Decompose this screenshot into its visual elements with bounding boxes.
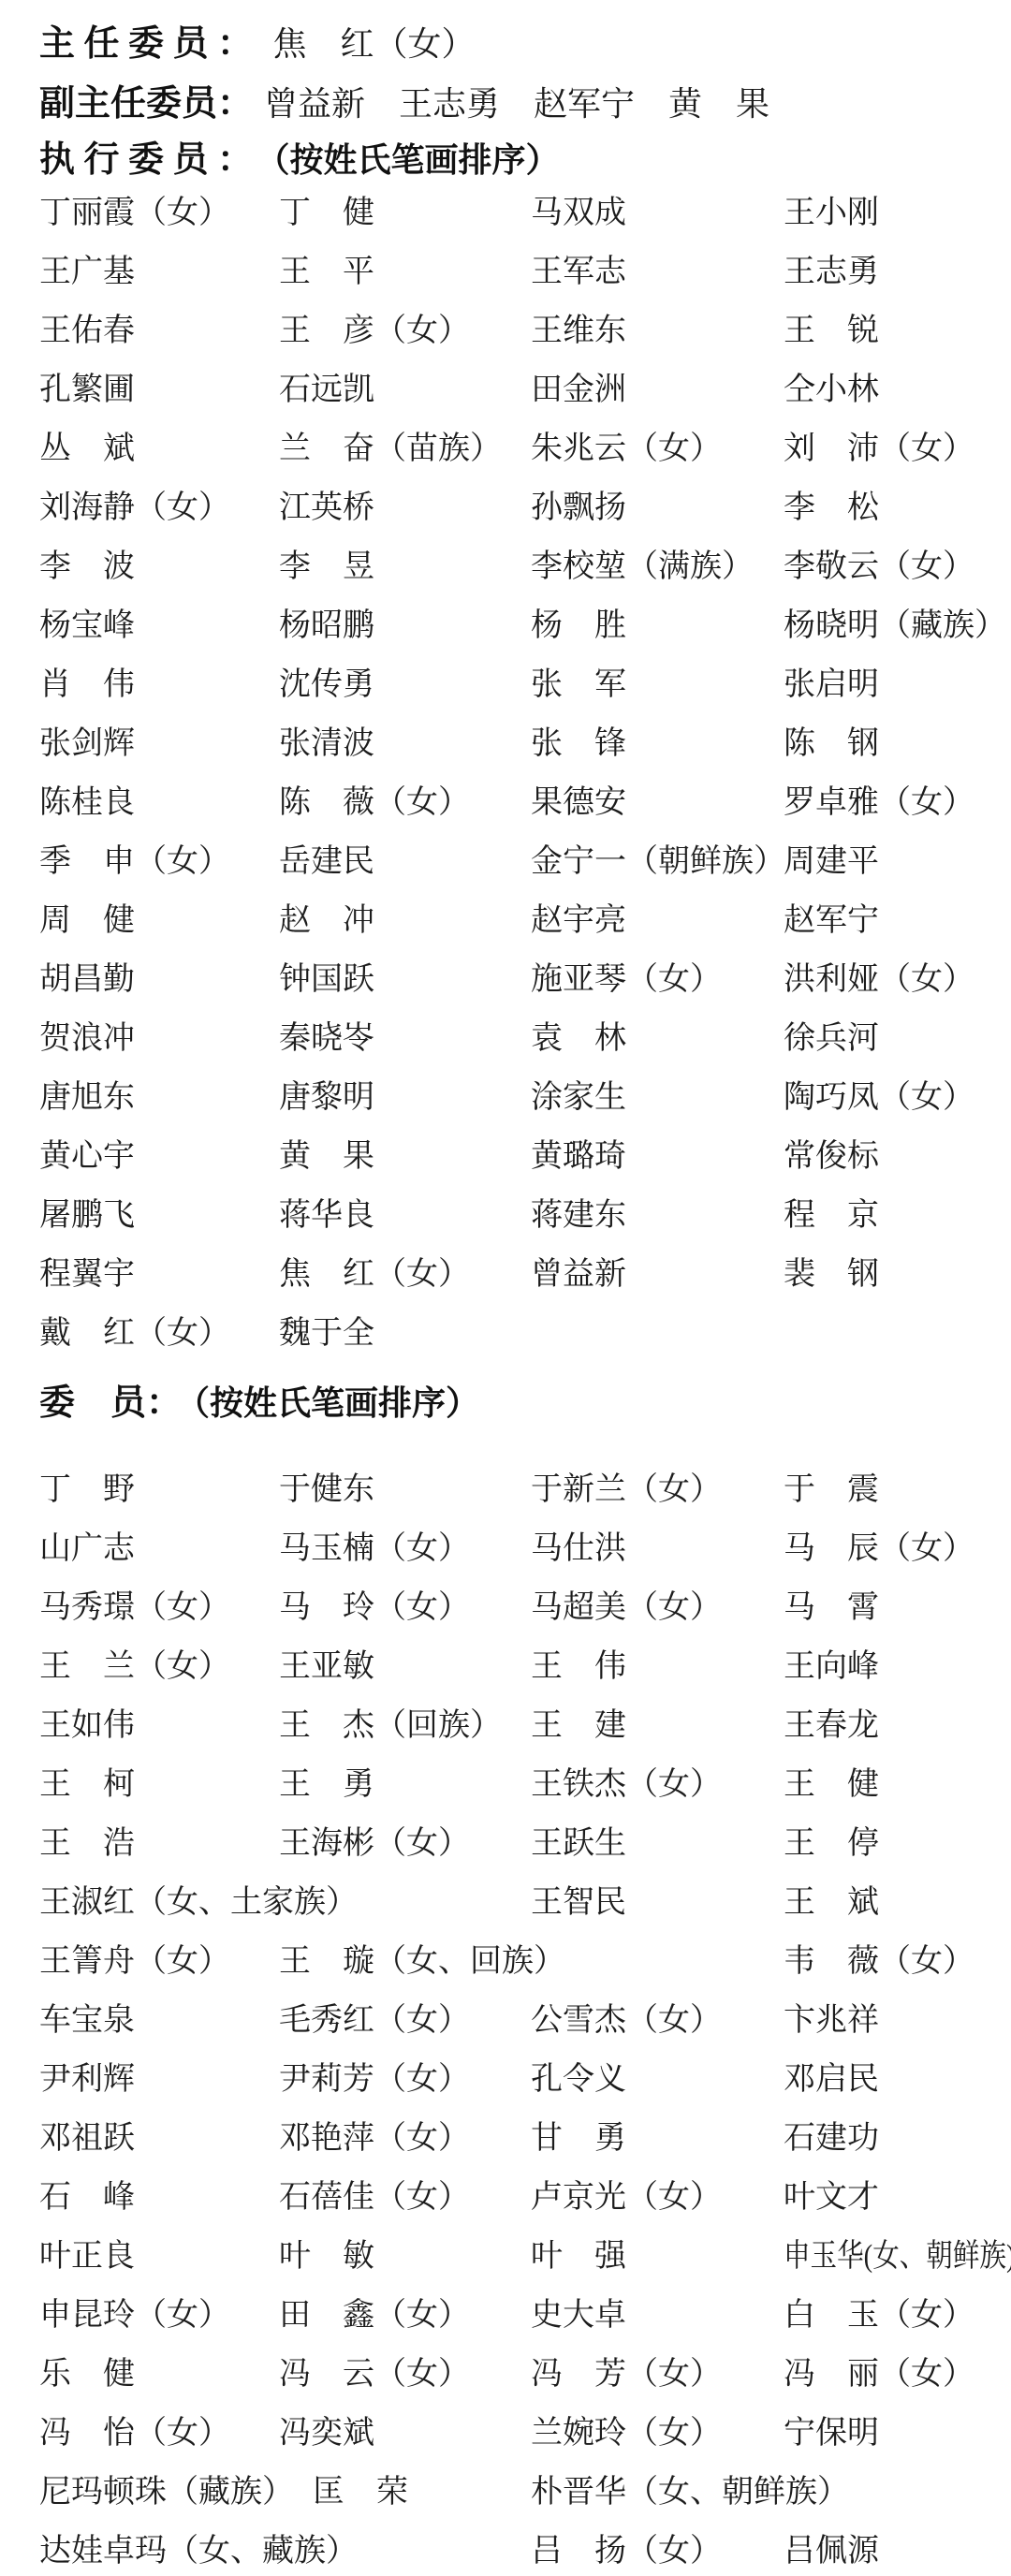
member-name-cell: 张清波 xyxy=(279,714,531,773)
member-name-cell: 朱兆云（女） xyxy=(531,419,784,478)
member-name-cell: 于健东 xyxy=(279,1460,531,1519)
member-name-cell: 王亚敏 xyxy=(279,1637,531,1696)
member-name-cell: 陈 钢 xyxy=(784,714,1011,773)
committee-roster-document: 主任委员：焦 红（女） 副主任委员：曾益新 王志勇 赵军宁 黄 果 执行委员：（… xyxy=(0,0,1011,2576)
member-name-cell: 王淑红（女、土家族） xyxy=(39,1873,279,1932)
member-name-cell: 尹莉芳（女） xyxy=(279,2050,531,2109)
member-name-cell: 李 松 xyxy=(784,478,1011,537)
member-name-cell: 洪利娅（女） xyxy=(784,950,1011,1009)
member-name-cell: 唐旭东 xyxy=(39,1068,279,1127)
member-name-cell: 罗卓雅（女） xyxy=(784,773,1011,832)
member-name-cell: 甘 勇 xyxy=(531,2109,784,2168)
member-name-cell: 果德安 xyxy=(531,773,784,832)
member-name-cell: 毛秀红（女） xyxy=(279,1991,531,2050)
member-name-cell: 刘海静（女） xyxy=(39,478,279,537)
member-name-cell: 于新兰（女） xyxy=(531,1460,784,1519)
member-name-cell: 石 峰 xyxy=(39,2168,279,2227)
member-name-cell: 魏于全 xyxy=(279,1304,531,1363)
member-name-cell: 王 平 xyxy=(279,242,531,301)
member-name-cell: 王小刚 xyxy=(784,183,1011,242)
executive-section-label: 执行委员： xyxy=(39,140,262,180)
member-name-cell: 王春龙 xyxy=(784,1696,1011,1755)
member-name-cell: 叶 强 xyxy=(531,2227,784,2286)
member-name-cell: 匡 荣 xyxy=(279,2463,531,2522)
member-name-cell: 李 波 xyxy=(39,537,279,596)
member-name-cell: 公雪杰（女） xyxy=(531,1991,784,2050)
member-name-cell: 钟国跃 xyxy=(279,950,531,1009)
member-name-cell: 石建功 xyxy=(784,2109,1011,2168)
member-name-cell: 王 柯 xyxy=(39,1755,279,1814)
member-name-cell: 涂家生 xyxy=(531,1068,784,1127)
member-name-cell: 杨宝峰 xyxy=(39,596,279,655)
member-name-cell: 王 斌 xyxy=(784,1873,1011,1932)
member-name-cell: 王军志 xyxy=(531,242,784,301)
member-name-cell: 张启明 xyxy=(784,655,1011,714)
member-name-cell: 刘 沛（女） xyxy=(784,419,1011,478)
member-name-cell: 田金洲 xyxy=(531,360,784,419)
member-name-cell: 丁丽霞（女） xyxy=(39,183,279,242)
member-name-cell: 冯奕斌 xyxy=(279,2404,531,2463)
member-name-cell: 王海彬（女） xyxy=(279,1814,531,1873)
member-name-cell: 王跃生 xyxy=(531,1814,784,1873)
member-name-cell: 丁 健 xyxy=(279,183,531,242)
member-name-cell: 王 建 xyxy=(531,1696,784,1755)
member-name-cell: 裴 钢 xyxy=(784,1245,1011,1304)
member-name-cell: 黄心宇 xyxy=(39,1127,279,1186)
members-sort-note: （按姓氏笔画排序） xyxy=(193,1383,479,1422)
member-name-cell: 肖 伟 xyxy=(39,655,279,714)
member-name-cell: 王 浩 xyxy=(39,1814,279,1873)
member-name-cell: 金宁一（朝鲜族） xyxy=(531,832,784,891)
member-name-cell: 戴 红（女） xyxy=(39,1304,279,1363)
chair-label: 主任委员： xyxy=(39,24,262,64)
member-name-cell: 朴晋华（女、朝鲜族） xyxy=(531,2463,784,2522)
member-name-cell: 王 彦（女） xyxy=(279,301,531,360)
member-name-cell: 马 霄 xyxy=(784,1578,1011,1637)
member-name-cell: 乐 健 xyxy=(39,2345,279,2404)
member-name-cell: 袁 林 xyxy=(531,1009,784,1068)
member-name-cell: 王维东 xyxy=(531,301,784,360)
chair-line: 主任委员：焦 红（女） xyxy=(39,22,476,66)
member-name-cell: 陶巧凤（女） xyxy=(784,1068,1011,1127)
member-name-cell: 冯 怡（女） xyxy=(39,2404,279,2463)
member-name-cell: 王 伟 xyxy=(531,1637,784,1696)
member-name-cell: 邓艳萍（女） xyxy=(279,2109,531,2168)
member-name-cell: 王 健 xyxy=(784,1755,1011,1814)
member-name-cell: 黄 果 xyxy=(279,1127,531,1186)
member-name-cell: 秦晓岺 xyxy=(279,1009,531,1068)
member-name-cell: 王广基 xyxy=(39,242,279,301)
member-name-cell: 程翼宇 xyxy=(39,1245,279,1304)
member-name-cell: 赵 冲 xyxy=(279,891,531,950)
member-name-cell: 石蓓佳（女） xyxy=(279,2168,531,2227)
member-name-cell: 田 鑫（女） xyxy=(279,2286,531,2345)
member-name-cell: 常俊标 xyxy=(784,1127,1011,1186)
member-name-cell: 白 玉（女） xyxy=(784,2286,1011,2345)
member-name-cell: 屠鹏飞 xyxy=(39,1186,279,1245)
member-name-cell: 王 停 xyxy=(784,1814,1011,1873)
member-name-cell: 马秀璟（女） xyxy=(39,1578,279,1637)
member-name-cell: 江英桥 xyxy=(279,478,531,537)
member-name-cell: 黄璐琦 xyxy=(531,1127,784,1186)
member-name-cell: 马仕洪 xyxy=(531,1519,784,1578)
member-name-cell: 王向峰 xyxy=(784,1637,1011,1696)
member-name-cell: 韦 薇（女） xyxy=(784,1932,1011,1991)
member-name-cell: 申玉华(女、朝鲜族) xyxy=(784,2227,974,2286)
member-name-cell: 王志勇 xyxy=(784,242,1011,301)
member-name-cell: 马 辰（女） xyxy=(784,1519,1011,1578)
member-name-cell: 王 兰（女） xyxy=(39,1637,279,1696)
member-name-cell: 王铁杰（女） xyxy=(531,1755,784,1814)
member-name-cell: 周 健 xyxy=(39,891,279,950)
members-section-header: 委 员：（按姓氏笔画排序） xyxy=(39,1382,479,1425)
member-name-cell: 王如伟 xyxy=(39,1696,279,1755)
member-name-cell: 徐兵河 xyxy=(784,1009,1011,1068)
member-name-cell: 王智民 xyxy=(531,1873,784,1932)
member-name-cell: 冯 云（女） xyxy=(279,2345,531,2404)
member-name-cell: 丛 斌 xyxy=(39,419,279,478)
member-name-cell: 张 锋 xyxy=(531,714,784,773)
member-name-cell: 尼玛顿珠（藏族） xyxy=(39,2463,279,2522)
member-name-cell: 蒋建东 xyxy=(531,1186,784,1245)
executive-section-header: 执行委员：（按姓氏笔画排序） xyxy=(39,139,560,182)
member-name-cell: 王 锐 xyxy=(784,301,1011,360)
member-name-cell: 叶文才 xyxy=(784,2168,1011,2227)
member-name-cell: 马玉楠（女） xyxy=(279,1519,531,1578)
member-name-cell: 史大卓 xyxy=(531,2286,784,2345)
members-grid: 丁 野于健东于新兰（女）于 震山广志马玉楠（女）马仕洪马 辰（女）马秀璟（女）马… xyxy=(39,1460,1011,2576)
member-name-cell: 车宝泉 xyxy=(39,1991,279,2050)
member-name-cell: 李敬云（女） xyxy=(784,537,1011,596)
member-name-cell: 山广志 xyxy=(39,1519,279,1578)
member-name-cell: 唐黎明 xyxy=(279,1068,531,1127)
member-name-cell: 仝小林 xyxy=(784,360,1011,419)
member-name-cell: 王佑春 xyxy=(39,301,279,360)
member-name-cell: 孔令义 xyxy=(531,2050,784,2109)
member-name-cell: 冯 芳（女） xyxy=(531,2345,784,2404)
member-name-cell: 胡昌勤 xyxy=(39,950,279,1009)
member-name-cell: 宁保明 xyxy=(784,2404,1011,2463)
member-name-cell: 杨晓明（藏族） xyxy=(784,596,1011,655)
member-name-cell: 申昆玲（女） xyxy=(39,2286,279,2345)
member-name-cell: 季 申（女） xyxy=(39,832,279,891)
executive-members-grid: 丁丽霞（女）丁 健马双成王小刚王广基王 平王军志王志勇王佑春王 彦（女）王维东王… xyxy=(39,183,1011,1363)
member-name-cell: 于 震 xyxy=(784,1460,1011,1519)
vice-chair-label: 副主任委员： xyxy=(39,84,253,124)
member-name-cell: 尹利辉 xyxy=(39,2050,279,2109)
member-name-cell: 施亚琴（女） xyxy=(531,950,784,1009)
member-name-cell: 叶 敏 xyxy=(279,2227,531,2286)
member-name-cell: 马双成 xyxy=(531,183,784,242)
member-name-cell: 王 璇（女、回族） xyxy=(279,1932,531,1991)
vice-chair-line: 副主任委员：曾益新 王志勇 赵军宁 黄 果 xyxy=(39,82,769,125)
executive-sort-note: （按姓氏笔画排序） xyxy=(273,140,560,179)
member-name-cell: 赵宇亮 xyxy=(531,891,784,950)
member-name-cell: 贺浪冲 xyxy=(39,1009,279,1068)
member-name-cell: 卞兆祥 xyxy=(784,1991,1011,2050)
member-name-cell: 蒋华良 xyxy=(279,1186,531,1245)
member-name-cell: 陈 薇（女） xyxy=(279,773,531,832)
member-name-cell: 兰 奋（苗族） xyxy=(279,419,531,478)
member-name-cell: 孔繁圃 xyxy=(39,360,279,419)
member-name-cell: 李 昱 xyxy=(279,537,531,596)
member-name-cell: 王箐舟（女） xyxy=(39,1932,279,1991)
member-name-cell: 达娃卓玛（女、藏族） xyxy=(39,2522,279,2576)
member-name-cell: 焦 红（女） xyxy=(279,1245,531,1304)
members-section-label: 委 员： xyxy=(39,1383,182,1423)
member-name-cell: 卢京光（女） xyxy=(531,2168,784,2227)
member-name-cell: 邓祖跃 xyxy=(39,2109,279,2168)
member-name-cell: 丁 野 xyxy=(39,1460,279,1519)
vice-chair-names: 曾益新 王志勇 赵军宁 黄 果 xyxy=(264,85,769,123)
member-name-cell: 王 杰（回族） xyxy=(279,1696,531,1755)
member-name-cell: 王 勇 xyxy=(279,1755,531,1814)
member-name-cell: 兰婉玲（女） xyxy=(531,2404,784,2463)
member-name-cell: 叶正良 xyxy=(39,2227,279,2286)
member-name-cell: 杨昭鹏 xyxy=(279,596,531,655)
member-name-cell: 张剑辉 xyxy=(39,714,279,773)
member-name-cell: 马超美（女） xyxy=(531,1578,784,1637)
member-name-cell: 李校堃（满族） xyxy=(531,537,784,596)
member-name-cell: 张 军 xyxy=(531,655,784,714)
member-name-cell: 孙飘扬 xyxy=(531,478,784,537)
member-name-cell: 沈传勇 xyxy=(279,655,531,714)
member-name-cell: 程 京 xyxy=(784,1186,1011,1245)
chair-names: 焦 红（女） xyxy=(273,25,476,63)
member-name-cell: 石远凯 xyxy=(279,360,531,419)
member-name-cell: 杨 胜 xyxy=(531,596,784,655)
member-name-cell: 邓启民 xyxy=(784,2050,1011,2109)
member-name-cell: 周建平 xyxy=(784,832,1011,891)
member-name-cell: 赵军宁 xyxy=(784,891,1011,950)
member-name-cell: 马 玲（女） xyxy=(279,1578,531,1637)
member-name-cell: 吕佩源 xyxy=(784,2522,1011,2576)
member-name-cell: 吕 扬（女） xyxy=(531,2522,784,2576)
member-name-cell: 冯 丽（女） xyxy=(784,2345,1011,2404)
member-name-cell: 岳建民 xyxy=(279,832,531,891)
member-name-cell: 曾益新 xyxy=(531,1245,784,1304)
member-name-cell: 陈桂良 xyxy=(39,773,279,832)
